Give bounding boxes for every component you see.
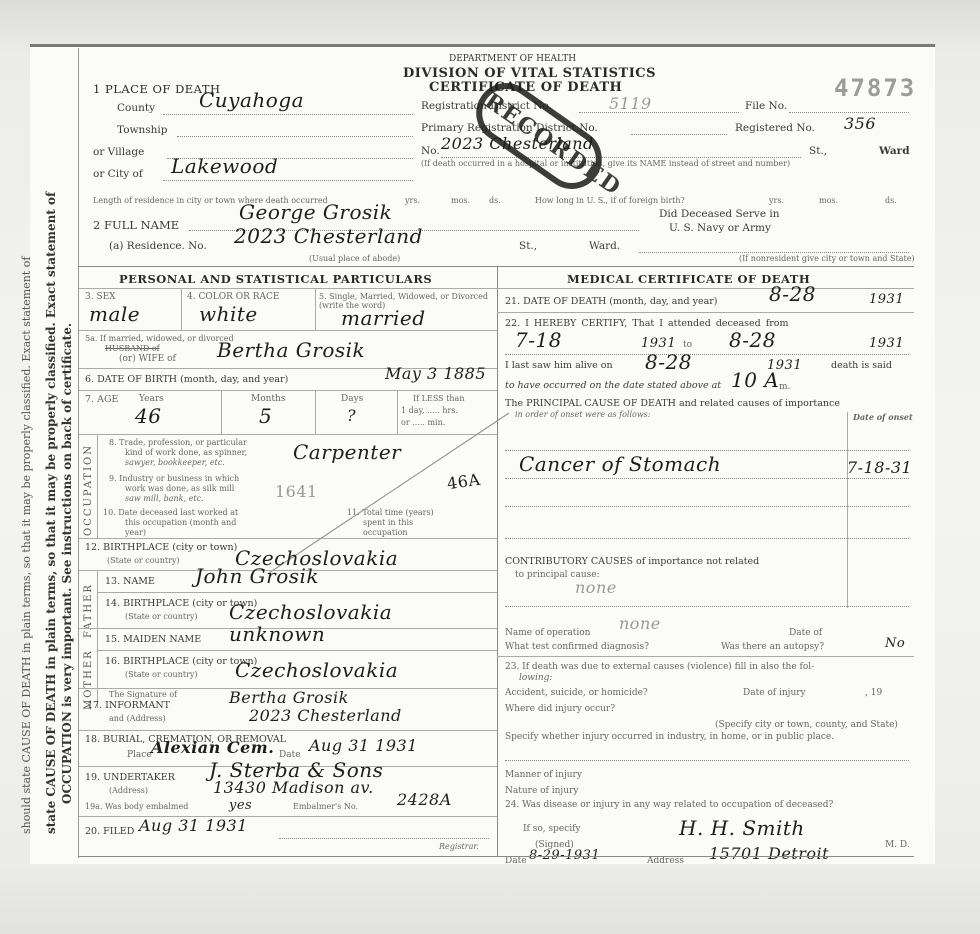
years-value: 46 — [135, 404, 161, 428]
full-name-value: George Grosik — [239, 200, 392, 224]
abode-note: (Usual place of abode) — [309, 254, 400, 263]
spouse-label-a: 5a. If married, widowed, or divorced — [85, 334, 234, 343]
ward-label: Ward — [879, 145, 910, 157]
spouse-label-b: HUSBAND of — [105, 344, 160, 353]
margin-instruction-line-2: state CAUSE OF DEATH in plain terms, so … — [44, 192, 58, 834]
dod-value: 8-28 — [769, 282, 816, 306]
registered-no-label: Registered No. — [735, 122, 815, 134]
filed-value: Aug 31 1931 — [139, 816, 248, 835]
spouse-value: Bertha Grosik — [217, 338, 365, 362]
autopsy-label: Was there an autopsy? — [721, 642, 824, 652]
foreign-yrs-label: yrs. — [769, 196, 784, 205]
manner-label: Manner of injury — [505, 770, 582, 780]
father-birthplace-label-2: (State or country) — [125, 612, 198, 621]
registered-no-value: 356 — [844, 114, 876, 133]
county-value: Cuyahoga — [199, 88, 304, 112]
undertaker-address-label: (Address) — [109, 786, 148, 795]
contributory-label-1: CONTRIBUTORY CAUSES of importance not re… — [505, 556, 759, 567]
informant-label-1: The Signature of — [109, 690, 177, 699]
registration-district-value: 5119 — [609, 94, 652, 113]
mother-maiden-value: unknown — [229, 622, 325, 646]
city-value: Lakewood — [171, 154, 278, 178]
residence-ds-label: ds. — [489, 196, 501, 205]
age-label: 7. AGE — [85, 394, 118, 405]
specify-industry-label: Specify whether injury occurred in indus… — [505, 732, 834, 742]
accident-label: Accident, suicide, or homicide? — [505, 688, 648, 698]
residence-label: (a) Residence. No. — [109, 240, 207, 252]
trade-label-2: kind of work done, as spinner, — [125, 448, 247, 457]
department-heading: DEPARTMENT OF HEALTH — [449, 54, 576, 64]
division-heading: DIVISION OF VITAL STATISTICS — [403, 66, 656, 81]
residence-value: 2023 Chesterland — [234, 224, 423, 248]
death-said-label: death is said — [831, 360, 892, 371]
full-name-label: 2 FULL NAME — [93, 218, 179, 232]
trade-label-1: 8. Trade, profession, or particular — [109, 438, 247, 447]
residence-yrs-label: yrs. — [405, 196, 420, 205]
embalmer-no-label: Embalmer's No. — [293, 802, 358, 811]
father-name-label: 13. NAME — [105, 576, 155, 587]
embalmed-value: yes — [229, 798, 252, 813]
date-label: Date — [505, 856, 527, 866]
attended-to-year: 1931 — [869, 336, 904, 351]
marital-value: married — [341, 306, 426, 330]
occupation-related-label: 24. Was disease or injury in any way rel… — [505, 800, 833, 810]
occupation-section-label: OCCUPATION — [83, 444, 94, 536]
industry-label-1: 9. Industry or business in which — [109, 474, 239, 483]
nature-label: Nature of injury — [505, 786, 578, 796]
undertaker-address-value: 13430 Madison av. — [213, 778, 374, 797]
county-label: County — [117, 102, 155, 114]
residence-ward-label: Ward. — [589, 240, 620, 252]
dob-value: May 3 1885 — [385, 364, 486, 383]
father-birthplace-value: Czechoslovakia — [229, 600, 392, 624]
birthplace-label-2: (State or country) — [107, 556, 180, 565]
external-label-1: 23. If death was due to external causes … — [505, 662, 814, 672]
father-section-label: FATHER — [83, 583, 94, 638]
attended-to-value: 8-28 — [729, 328, 776, 352]
less-label-1: If LESS than — [413, 394, 464, 403]
address-label: Address — [647, 856, 684, 866]
physician-signature: H. H. Smith — [679, 816, 805, 840]
sex-value: male — [89, 302, 140, 326]
village-label: or Village — [93, 146, 144, 158]
embalmed-label: 19a. Was body embalmed — [85, 802, 188, 811]
md-label: M. D. — [885, 840, 910, 850]
if-so-label: If so, specify — [523, 824, 581, 834]
city-label: or City of — [93, 168, 143, 180]
race-value: white — [199, 302, 258, 326]
nonresident-note: (If nonresident give city or town and St… — [739, 254, 915, 263]
years-label: Years — [139, 394, 164, 404]
time-value: 10 A — [731, 368, 779, 392]
embalmer-no-value: 2428A — [397, 790, 452, 809]
certificate-form: DEPARTMENT OF HEALTH DIVISION OF VITAL S… — [78, 48, 913, 858]
served-label-2: U. S. Navy or Army — [669, 222, 771, 234]
external-label-2: lowing: — [519, 673, 552, 683]
industry-label-3: saw mill, bank, etc. — [125, 494, 204, 503]
township-label: Township — [117, 124, 168, 136]
days-label: Days — [341, 394, 363, 404]
cause-label-1: The PRINCIPAL CAUSE OF DEATH and related… — [505, 398, 840, 409]
operation-date-label: Date of — [789, 628, 822, 638]
foreign-ds-label: ds. — [885, 196, 897, 205]
margin-instruction-line-3: OCCUPATION is very important. See instru… — [60, 323, 74, 804]
mother-maiden-label: 15. MAIDEN NAME — [105, 634, 201, 645]
undertaker-label: 19. UNDERTAKER — [85, 772, 175, 783]
attended-from-value: 7-18 — [515, 328, 562, 352]
foreign-mos-label: mos. — [819, 196, 838, 205]
physician-address: 15701 Detroit — [709, 844, 829, 863]
to-label: to — [683, 340, 692, 350]
residence-st-label: St., — [519, 240, 537, 252]
cause-label-2: in order of onset were as follows: — [515, 410, 650, 419]
sex-label: 3. SEX — [85, 292, 116, 302]
industry-label-2: work was done, as silk mill — [125, 484, 234, 493]
race-label: 4. COLOR OR RACE — [187, 292, 279, 302]
diagnosis-label: What test confirmed diagnosis? — [505, 642, 649, 652]
filed-label: 20. FILED — [85, 826, 134, 837]
margin-instructions: should state CAUSE OF DEATH in plain ter… — [0, 44, 78, 844]
informant-label-2: 17. INFORMANT — [87, 700, 170, 711]
cause-value: Cancer of Stomach — [519, 452, 721, 476]
residence-mos-label: mos. — [451, 196, 470, 205]
last-worked-label-2: this occupation (month and — [125, 518, 236, 527]
onset-label: Date of onset — [853, 412, 913, 422]
operation-label: Name of operation — [505, 628, 590, 638]
last-worked-label-3: year) — [125, 528, 146, 537]
attended-from-year: 1931 — [641, 336, 676, 351]
months-label: Months — [251, 394, 285, 404]
operation-value: none — [619, 614, 661, 633]
mother-birthplace-value: Czechoslovakia — [235, 658, 398, 682]
margin-instruction-line-1: should state CAUSE OF DEATH in plain ter… — [20, 257, 33, 834]
informant-value: Bertha Grosik — [229, 688, 349, 707]
foreign-birth-label: How long in U. S., if of foreign birth? — [535, 196, 685, 205]
autopsy-value: No — [885, 636, 905, 651]
mother-birthplace-label-2: (State or country) — [125, 670, 198, 679]
dob-label: 6. DATE OF BIRTH (month, day, and year) — [85, 374, 288, 385]
spouse-label-c: (or) WIFE of — [119, 354, 176, 364]
served-label-1: Did Deceased Serve in — [659, 208, 780, 220]
m-label: m. — [779, 382, 790, 392]
dod-label: 21. DATE OF DEATH (month, day, and year) — [505, 296, 718, 307]
birthplace-label-1: 12. BIRTHPLACE (city or town) — [85, 542, 237, 553]
specify-place-note: (Specify city or town, county, and State… — [715, 720, 898, 730]
injury-year-label: , 19 — [865, 688, 882, 698]
informant-address-value: 2023 Chesterland — [249, 706, 402, 725]
trade-label-3: sawyer, bookkeeper, etc. — [125, 458, 225, 467]
contributory-value: none — [575, 578, 617, 597]
father-name-value: John Grosik — [195, 564, 319, 588]
file-no-label: File No. — [745, 100, 787, 112]
onset-value: 7-18-31 — [847, 458, 912, 477]
injury-date-label: Date of injury — [743, 688, 806, 698]
street-no-label: No. — [421, 145, 440, 157]
burial-place-label: Place — [127, 750, 152, 760]
informant-label-3: and (Address) — [109, 714, 166, 723]
last-saw-value: 8-28 — [645, 350, 692, 374]
last-worked-label-1: 10. Date deceased last worked at — [103, 508, 238, 517]
burial-date-value: Aug 31 1931 — [309, 736, 418, 755]
personal-heading: PERSONAL AND STATISTICAL PARTICULARS — [119, 272, 432, 286]
burial-place-value: Alexian Cem. — [151, 738, 274, 757]
dod-year: 1931 — [869, 292, 904, 307]
serial-number: 47873 — [834, 74, 916, 102]
registrar-label: Registrar. — [439, 842, 479, 851]
occurred-label: to have occurred on the date stated abov… — [505, 380, 721, 391]
injury-where-label: Where did injury occur? — [505, 704, 615, 714]
last-saw-label: I last saw him alive on — [505, 360, 613, 371]
street-st-label: St., — [809, 145, 827, 157]
